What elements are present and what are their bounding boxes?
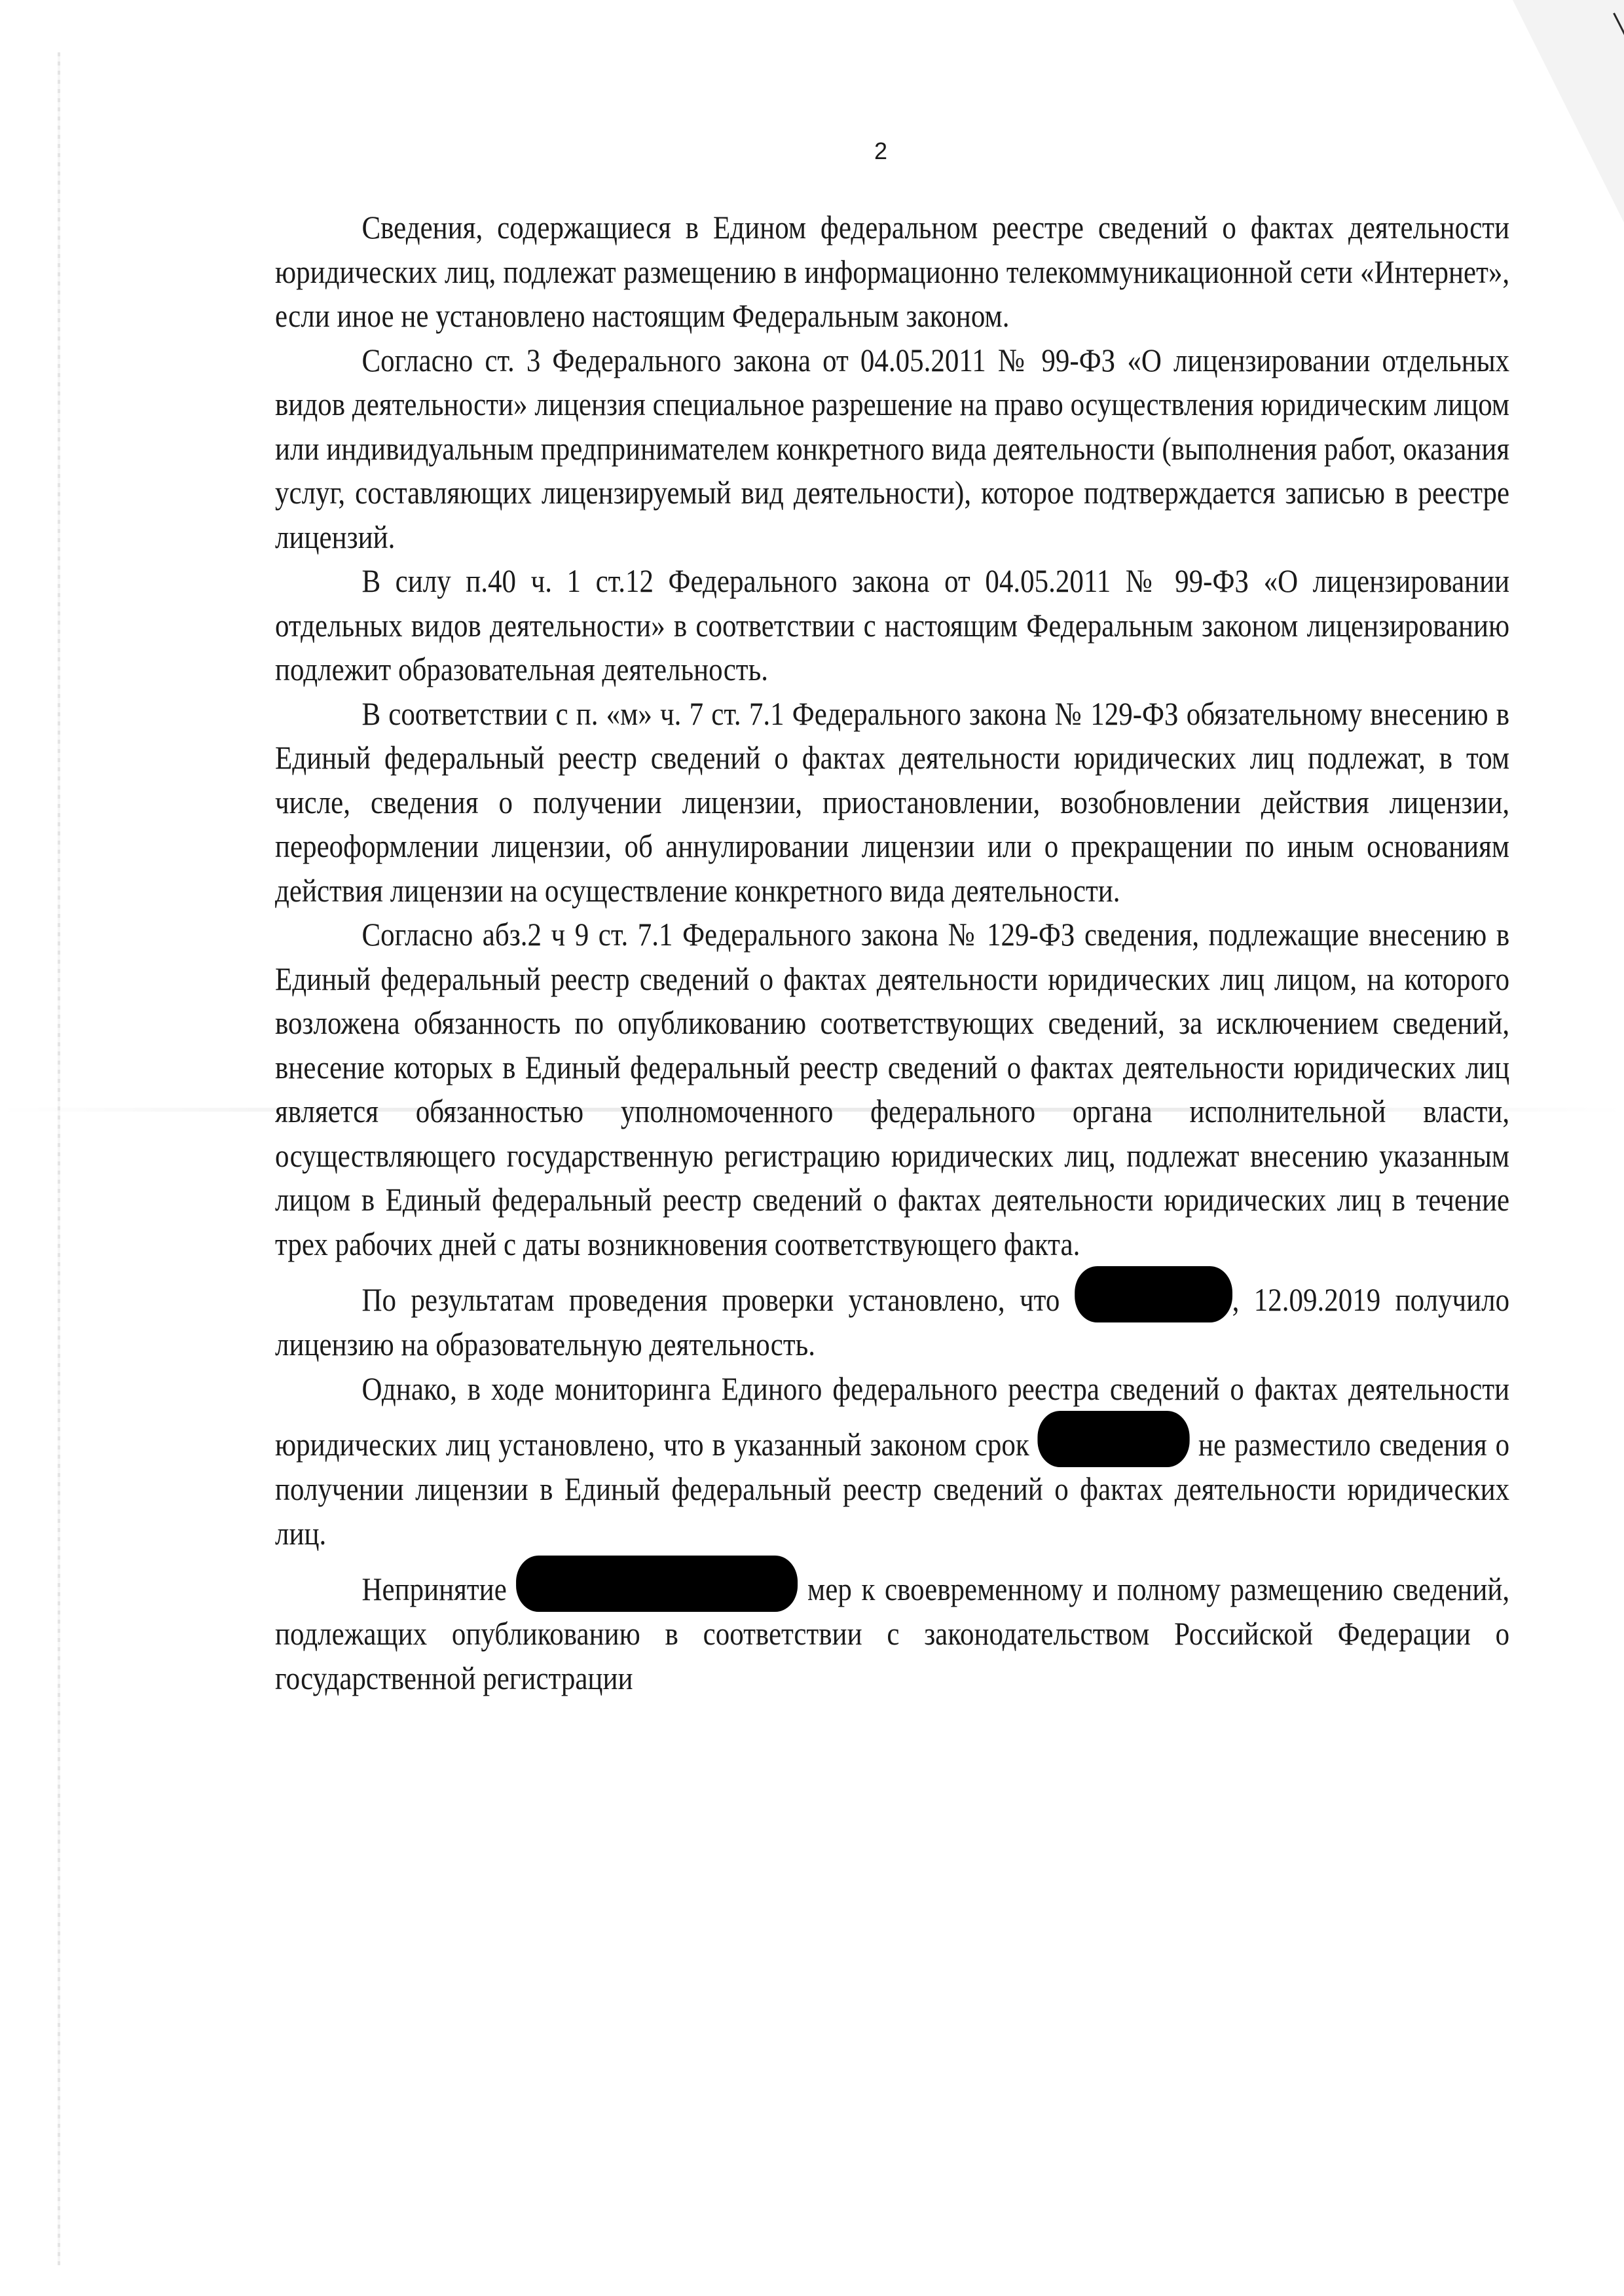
page-number: 2 bbox=[874, 137, 887, 165]
document-body: Сведения, содержащиеся в Едином федераль… bbox=[275, 206, 1509, 1700]
redaction-block bbox=[516, 1556, 798, 1612]
redaction-block bbox=[1038, 1411, 1190, 1467]
inspection-result-lead: По результатам проведения проверки устан… bbox=[361, 1281, 1060, 1318]
paragraph-monitoring-finding: Однако, в ходе мониторинга Единого федер… bbox=[275, 1367, 1509, 1556]
paragraph-entry-deadline: Согласно абз.2 ч 9 ст. 7.1 Федерального … bbox=[275, 913, 1509, 1266]
paragraph-educational-licensing: В силу п.40 ч. 1 ст.12 Федерального зако… bbox=[275, 559, 1509, 692]
failure-to-act-lead: Непринятие bbox=[361, 1571, 506, 1607]
redaction-block bbox=[1075, 1266, 1232, 1322]
paragraph-inspection-result: По результатам проведения проверки устан… bbox=[275, 1266, 1509, 1367]
paragraph-egrul-publication: Сведения, содержащиеся в Едином федераль… bbox=[275, 206, 1509, 338]
folded-corner bbox=[1513, 0, 1624, 223]
paragraph-license-definition: Согласно ст. 3 Федерального закона от 04… bbox=[275, 338, 1509, 560]
paragraph-mandatory-entry: В соответствии с п. «м» ч. 7 ст. 7.1 Фед… bbox=[275, 692, 1509, 913]
paragraph-failure-to-act: Непринятие мер к своевременному и полном… bbox=[275, 1556, 1509, 1700]
scan-edge-artifact bbox=[58, 52, 60, 2265]
